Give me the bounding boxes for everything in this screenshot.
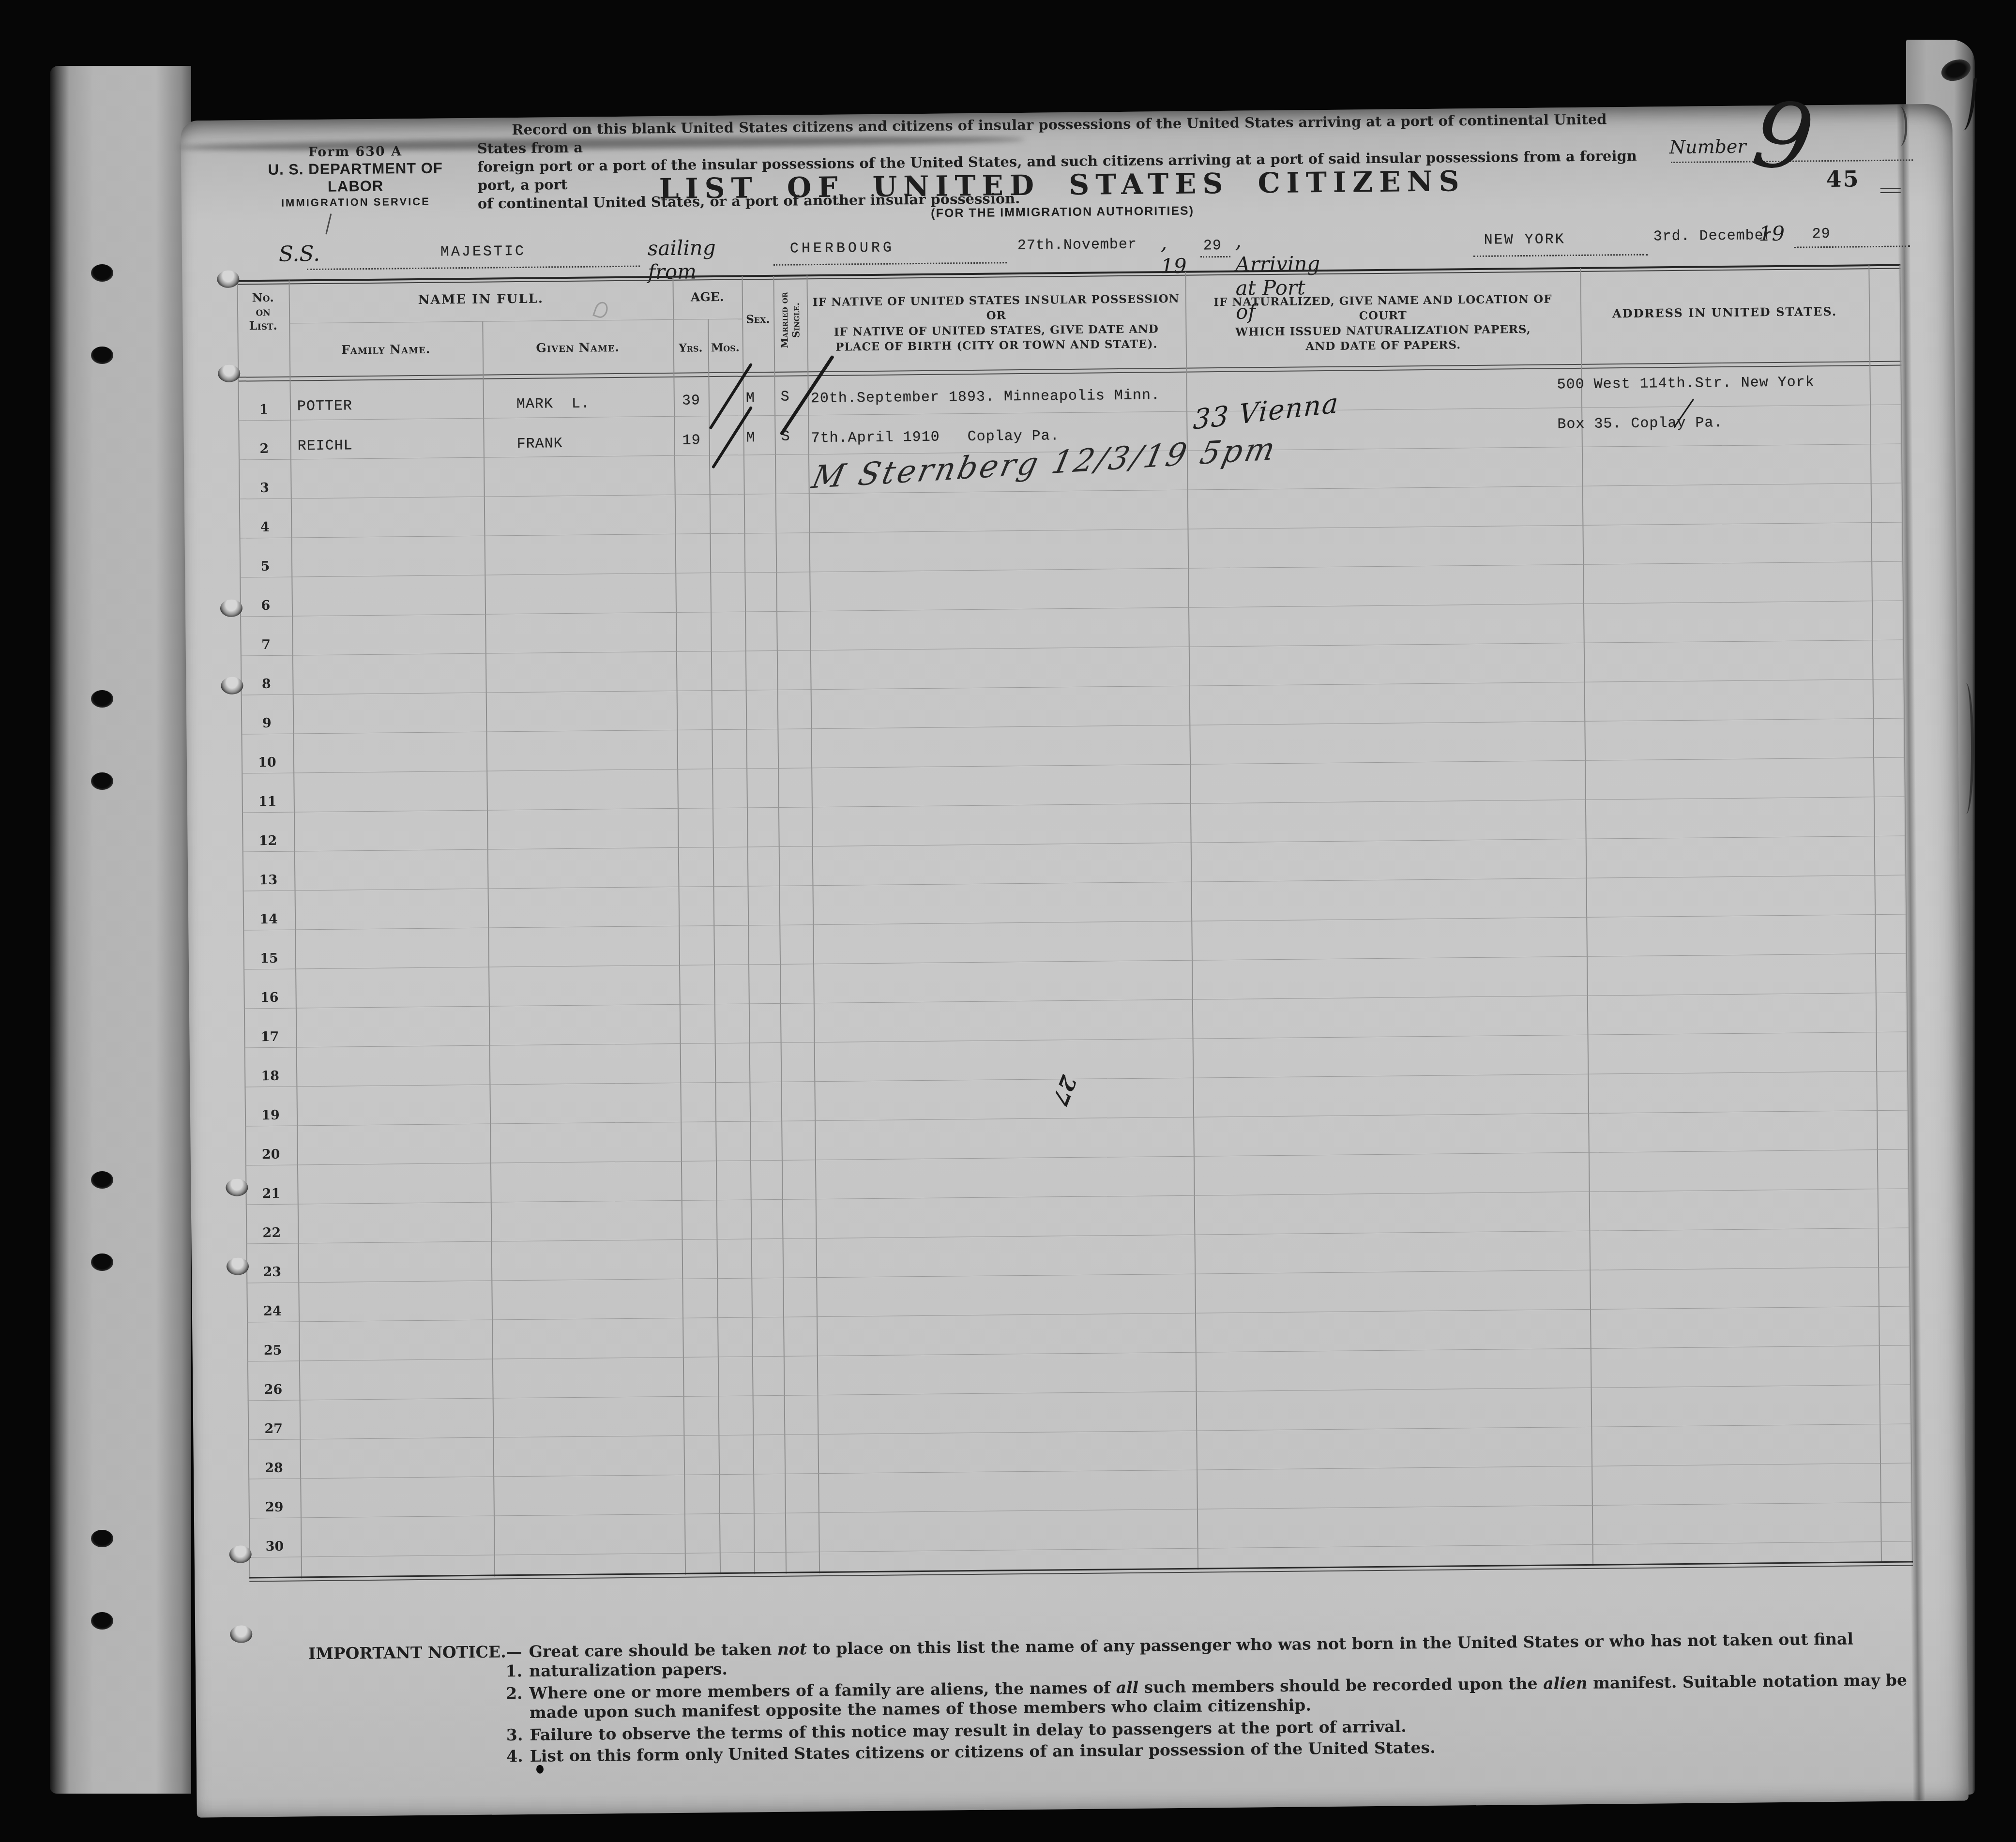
edge-rule-mark <box>1880 188 1901 189</box>
cell-yrs: 19 <box>682 432 700 449</box>
form-id-block: Form 630 A U. S. DEPARTMENT OF LABOR IMM… <box>244 143 467 210</box>
department-name: U. S. DEPARTMENT OF LABOR <box>244 159 467 196</box>
ship-name: MAJESTIC <box>440 243 526 261</box>
row-number: 17 <box>258 1029 281 1044</box>
departure-date: 27th.November <box>1017 237 1137 254</box>
punch-hole <box>91 264 113 282</box>
cell-sex: M <box>746 430 755 446</box>
cell-address: 500 West 114th.Str. New York <box>1557 374 1814 393</box>
row-number: 16 <box>258 990 281 1005</box>
punch-hole <box>91 1171 113 1189</box>
page-stamp: 45 <box>1826 166 1860 192</box>
col-header-name-group: NAME IN FULL. <box>289 290 673 309</box>
cell-birth: 20th.September 1893. Minneapolis Minn. <box>811 387 1160 407</box>
page-corner-curl-mark <box>1892 106 1908 146</box>
pencil-curl-mark <box>1958 683 1974 814</box>
arrival-port: NEW YORK <box>1484 231 1565 249</box>
punch-hole <box>227 1257 249 1275</box>
scanned-manifest-photo: { "scan": { "number_label": "Number", "n… <box>0 0 2016 1842</box>
binder-margin-strip <box>50 66 191 1794</box>
year-dotted-line <box>1200 242 1230 258</box>
col-header-family: Family Name. <box>289 342 483 358</box>
row-number: 4 <box>254 520 276 535</box>
cell-family: POTTER <box>297 398 352 415</box>
punch-hole <box>218 364 240 382</box>
table-bottom-border <box>249 1561 1913 1578</box>
punch-hole <box>91 690 113 708</box>
punch-hole <box>220 599 243 617</box>
cell-address: Box 35. Coplay Pa. <box>1557 415 1723 433</box>
row-number: 19 <box>259 1108 282 1123</box>
ink-tail-mark <box>1957 77 1977 131</box>
col-header-address: ADDRESS IN UNITED STATES. <box>1580 304 1869 321</box>
col-header-mos: Mos. <box>708 341 743 355</box>
col-header-naturalized: IF NATURALIZED, GIVE NAME AND LOCATION O… <box>1190 291 1576 355</box>
col-header-given: Given Name. <box>483 340 673 356</box>
row-number: 3 <box>253 481 275 496</box>
row-number: 26 <box>262 1382 284 1397</box>
punch-hole <box>91 1253 113 1271</box>
notice-item-number: 4. <box>296 1747 530 1768</box>
arrival-dotted-line <box>1794 232 1910 248</box>
row-number: 8 <box>255 677 277 692</box>
row-number: 9 <box>256 716 278 731</box>
punch-hole <box>91 347 113 364</box>
row-number: 7 <box>255 637 277 652</box>
row-number: 1 <box>253 402 275 417</box>
cell-given: FRANK <box>517 436 563 453</box>
number-value-handwritten: 9 <box>1746 79 1820 194</box>
notice-label: IMPORTANT NOTICE.—1. <box>294 1642 529 1683</box>
row-number: 25 <box>262 1343 284 1358</box>
table-bottom-border-2 <box>249 1565 1913 1582</box>
cell-sex: M <box>746 390 755 407</box>
col-header-married-single: Married or Single. <box>778 281 803 359</box>
punch-hole <box>91 772 113 790</box>
edge-rule-mark <box>1880 192 1901 193</box>
row-number: 24 <box>261 1304 284 1319</box>
row-number: 18 <box>259 1069 281 1084</box>
important-notice: IMPORTANT NOTICE.—1. Great care should b… <box>294 1629 1941 1768</box>
col-header-sex: Sex. <box>742 313 773 326</box>
notice-item-number: 3. <box>295 1725 530 1747</box>
row-number: 28 <box>263 1461 285 1476</box>
cell-married-single: S <box>781 389 790 406</box>
row-number: 13 <box>257 873 279 888</box>
punch-hole <box>91 1612 113 1630</box>
cell-given: MARK L. <box>516 396 590 413</box>
header-subline <box>289 319 742 324</box>
row-number: 27 <box>262 1421 285 1436</box>
cell-birth: 7th.April 1910 Coplay Pa. <box>811 428 1059 447</box>
service-name: IMMIGRATION SERVICE <box>244 195 467 210</box>
punch-hole <box>226 1178 248 1196</box>
cell-yrs: 39 <box>682 393 700 409</box>
cell-family: REICHL <box>298 438 353 454</box>
row-number: 15 <box>258 951 280 966</box>
row-number: 21 <box>260 1186 282 1201</box>
row-number: 11 <box>257 794 279 809</box>
row-number: 30 <box>263 1539 286 1554</box>
punch-hole <box>229 1545 252 1563</box>
row-number: 6 <box>255 598 277 613</box>
manifest-page: Form 630 A U. S. DEPARTMENT OF LABOR IMM… <box>181 104 1968 1818</box>
ink-dot <box>536 1765 544 1774</box>
row-number: 14 <box>258 912 280 927</box>
row-number: 29 <box>263 1500 286 1515</box>
row-number: 23 <box>261 1265 283 1280</box>
arrival-date: 3rd. December <box>1653 227 1773 245</box>
row-number: 12 <box>257 833 279 848</box>
pencil-tick <box>325 213 332 234</box>
row-number: 2 <box>253 441 275 456</box>
table-rows: 1234567891011121314151617181920212223242… <box>238 366 1911 1558</box>
row-number: 20 <box>260 1147 282 1162</box>
arrival-printed-year: 19 <box>1758 222 1785 246</box>
row-number: 22 <box>260 1225 283 1240</box>
col-header-birth: IF NATIVE OF UNITED STATES INSULAR POSSE… <box>812 291 1181 355</box>
table-top-border-2 <box>237 268 1900 285</box>
punch-hole <box>230 1625 252 1643</box>
col-header-no: No. on List. <box>237 290 289 333</box>
punch-hole <box>221 677 243 694</box>
row-number: 10 <box>256 755 278 770</box>
col-header-age: AGE. <box>673 290 742 304</box>
departure-port: CHERBOURG <box>790 240 894 257</box>
col-header-yrs: Yrs. <box>673 341 708 355</box>
punch-hole <box>217 271 239 288</box>
row-number: 5 <box>254 559 276 574</box>
notice-item-number: 2. <box>295 1684 530 1725</box>
punch-hole <box>91 1530 113 1547</box>
form-number: Form 630 A <box>244 143 467 160</box>
